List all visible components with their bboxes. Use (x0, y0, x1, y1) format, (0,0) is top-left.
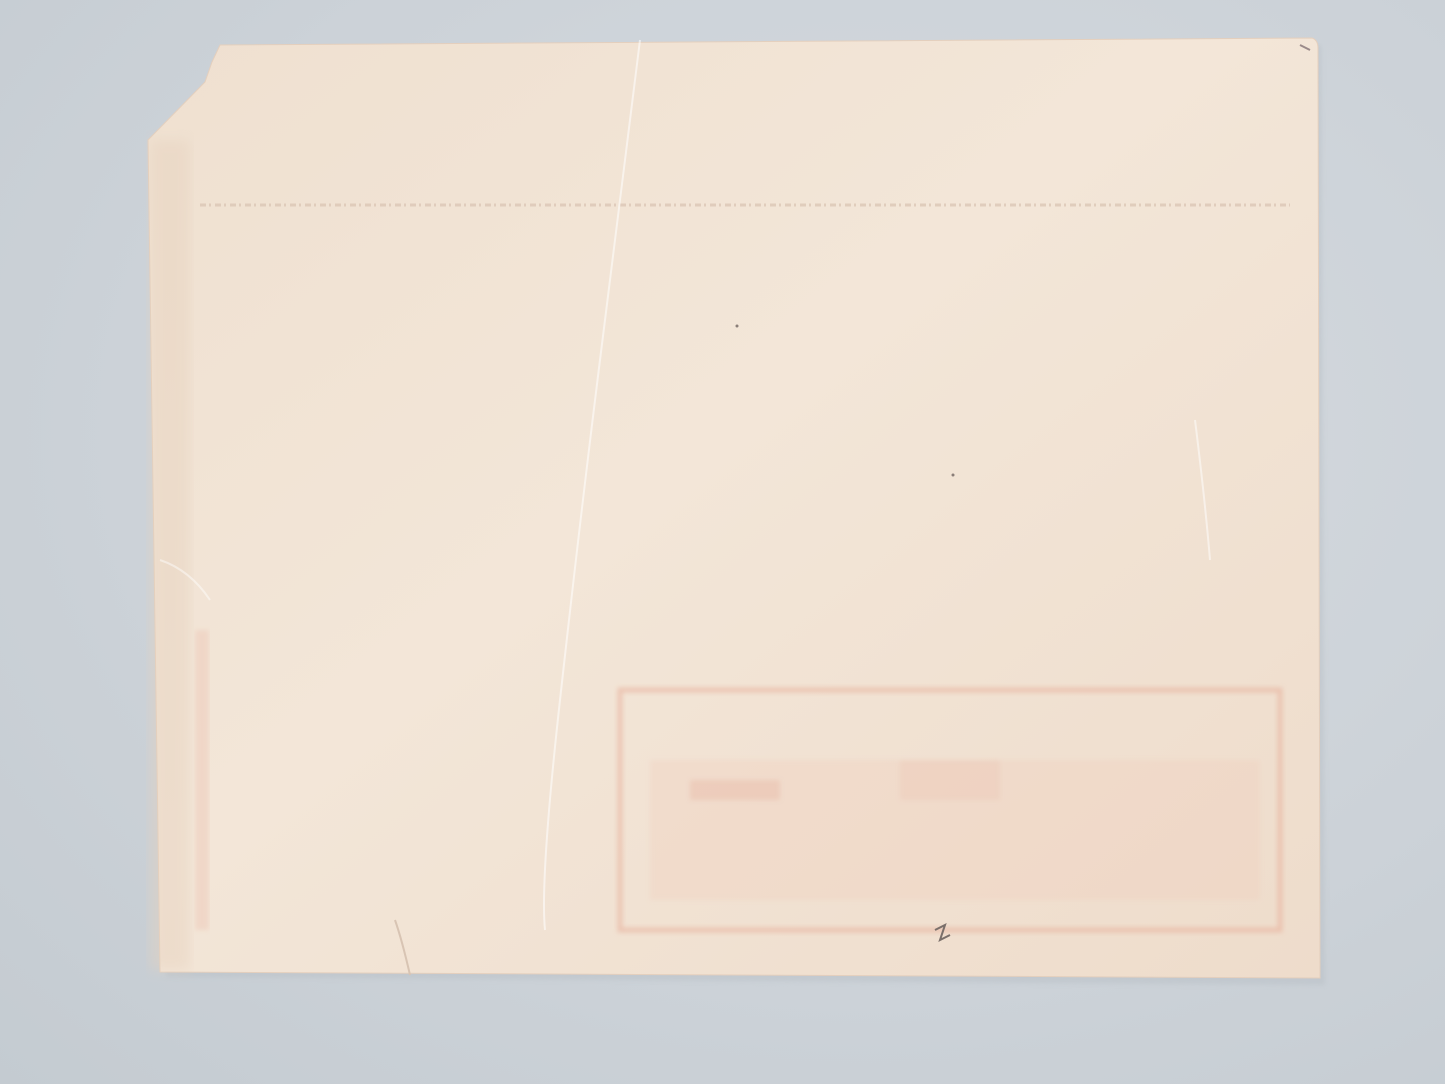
paper-illustration (0, 0, 1445, 1084)
paper-sheet (0, 0, 1445, 1084)
